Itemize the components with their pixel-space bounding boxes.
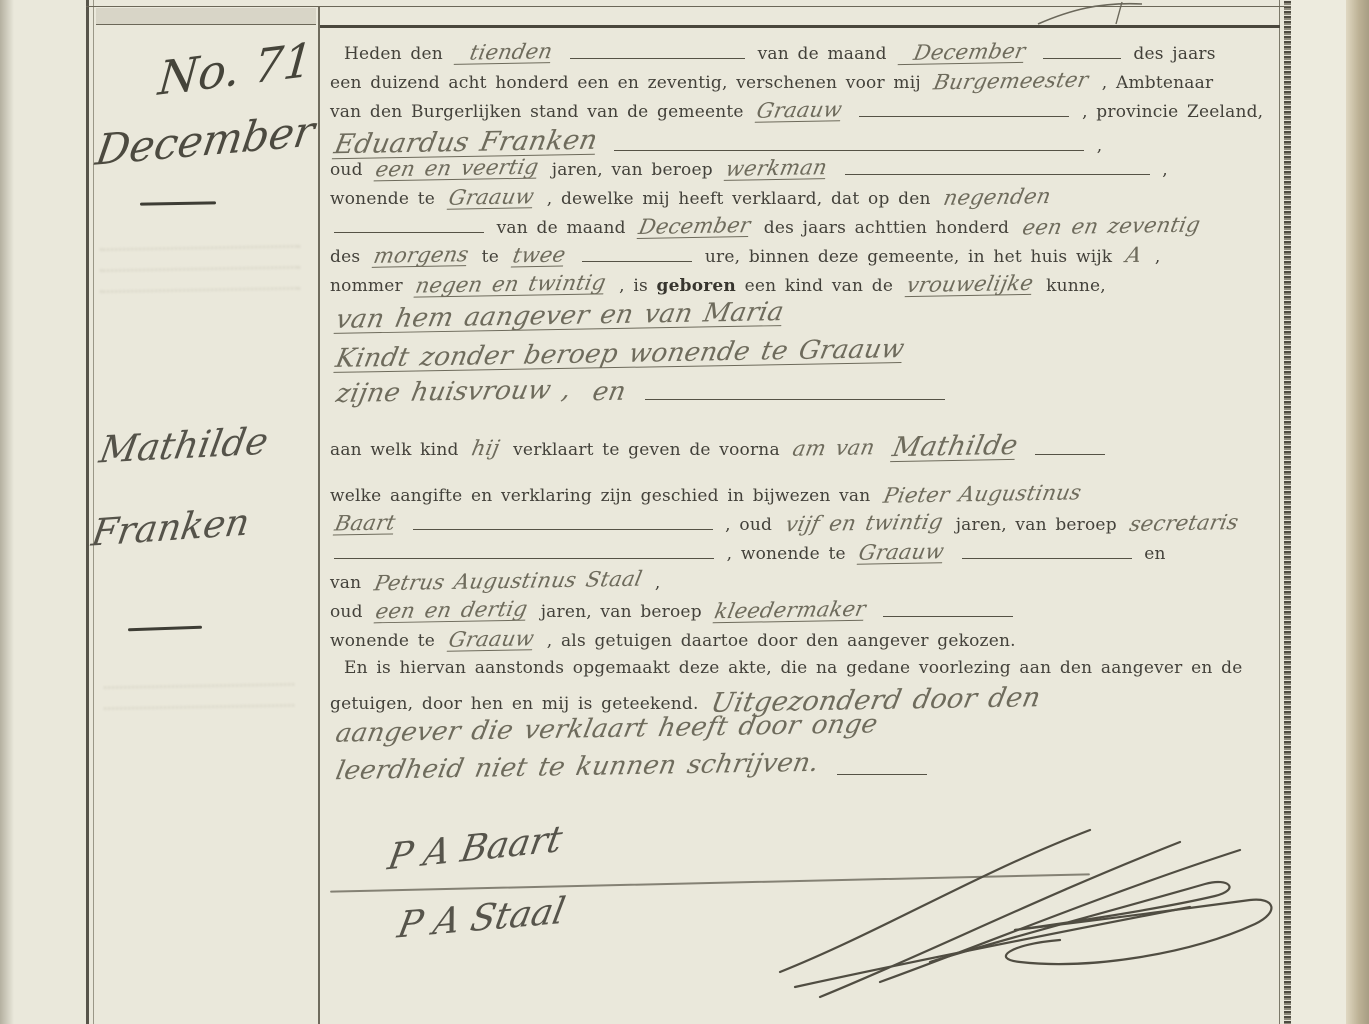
handwritten-text: secretaris [1128, 512, 1240, 535]
act-line: aan welk kind hij verklaart te geven de … [330, 433, 1282, 462]
page-left-edge-shadow [0, 0, 14, 1024]
act-line: van Petrus Augustinus Staal , [330, 571, 1282, 600]
printed-text: nommer [330, 276, 403, 296]
handwritten-text: aangever die verklaart heeft door onge [334, 711, 880, 746]
printed-text: een kind van de [745, 276, 893, 296]
margin-dash [128, 626, 202, 632]
act-line: oud een en dertig jaren, van beroep klee… [330, 600, 1282, 629]
document-page: { "margin": { "act_number": "No. 71", "m… [0, 0, 1369, 1024]
blank-rule [1043, 57, 1121, 59]
handwritten-text: vrouwelijke [904, 273, 1035, 297]
handwritten-text: zijne huisvrouw , [334, 377, 573, 407]
blank-rule [837, 773, 927, 775]
act-line: zijne huisvrouw , en [330, 379, 1282, 417]
printed-text: geboren [657, 276, 736, 296]
handwritten-text: een en dertig [374, 599, 530, 624]
printed-text: jaren, van beroep [541, 602, 702, 622]
handwritten-text: twee [510, 245, 567, 268]
handwritten-text: negenden [942, 186, 1053, 209]
bleed-through-text [104, 676, 294, 718]
printed-text: wonende te [330, 189, 435, 209]
printed-text: , [1097, 136, 1103, 156]
blank-rule [582, 260, 692, 262]
act-number: No. 71 [156, 32, 315, 106]
printed-text: des jaars achttien honderd [764, 218, 1009, 238]
official-signature [760, 812, 1290, 1012]
printed-text: te [482, 247, 499, 267]
printed-text: van den Burgerlijken stand van de gemeen… [330, 102, 744, 122]
printed-text: kunne, [1046, 276, 1106, 296]
blank-rule [845, 173, 1150, 175]
handwritten-text: leerdheid niet te kunnen schrijven. [334, 750, 821, 784]
printed-text: aan welk kind [330, 440, 459, 460]
previous-entry-band [96, 8, 316, 25]
handwritten-text: Graauw [755, 99, 844, 122]
printed-text: welke aangifte en verklaring zijn geschi… [330, 486, 870, 506]
printed-text: , [1162, 160, 1168, 180]
blank-rule [413, 528, 713, 530]
act-line: Heden den tienden van de maand December … [330, 42, 1282, 71]
handwritten-text: December [637, 215, 753, 239]
printed-text: En is hiervan aanstonds opgemaakt deze a… [344, 658, 1242, 678]
margin-month: December [92, 106, 318, 175]
handwritten-text: hij [470, 438, 502, 459]
handwritten-text: vijf en twintig [783, 512, 944, 536]
act-line: Kindt zonder beroep wonende te Graauw [330, 341, 1282, 379]
printed-text: , Ambtenaar [1102, 73, 1214, 93]
blank-rule [334, 231, 484, 233]
handwritten-text: Graauw [446, 628, 535, 651]
margin-dash [140, 201, 216, 205]
left-border-line [86, 0, 89, 1024]
handwritten-text: December [898, 41, 1028, 65]
margin-child-last-name: Franken [89, 500, 253, 555]
printed-text: wonende te [330, 631, 435, 651]
handwritten-text: een en veertig [374, 157, 541, 182]
printed-text: des jaars [1133, 44, 1215, 64]
act-line: wonende te Graauw , dewelke mij heeft ve… [330, 187, 1282, 216]
handwritten-text: een en zeventig [1020, 214, 1201, 238]
handwritten-text: Eduardus Franken [332, 127, 600, 160]
blank-rule [859, 115, 1069, 117]
blank-rule [1035, 453, 1105, 455]
printed-text: , dewelke mij heeft verklaard, dat op de… [547, 189, 931, 209]
printed-text: van de maand [497, 218, 626, 238]
act-line: nommer negen en twintig , is geboren een… [330, 274, 1282, 303]
handwritten-text: am van [791, 437, 877, 459]
witness-signature-baart: P A Baart [385, 818, 566, 878]
printed-text: ure, binnen deze gemeente, in het huis w… [705, 247, 1112, 267]
blank-rule [962, 557, 1132, 559]
printed-text: van de maand [758, 44, 887, 64]
handwritten-text: Burgemeester [932, 70, 1090, 94]
margin-child-first-name: Mathilde [96, 419, 271, 471]
act-line: En is hiervan aanstonds opgemaakt deze a… [330, 658, 1282, 687]
printed-text: , wonende te [727, 544, 846, 564]
margin-column-divider [318, 6, 320, 1024]
handwritten-text: van hem aangever en van Maria [334, 299, 786, 334]
printed-text: verklaart te geven de voorna [513, 440, 780, 460]
printed-text: Heden den [344, 44, 443, 64]
act-line: , wonende te Graauw en [330, 542, 1282, 571]
handwritten-text: Graauw [857, 541, 946, 564]
handwritten-text: en [590, 379, 628, 406]
printed-text: , [655, 573, 661, 593]
blank-rule [645, 398, 945, 400]
handwritten-text: Mathilde [890, 432, 1020, 462]
act-line: van de maand December des jaars achttien… [330, 216, 1282, 245]
witness-signature-staal: P A Staal [394, 890, 568, 946]
printed-text: , provincie Zeeland, [1082, 102, 1263, 122]
printed-text: , oud [725, 515, 772, 535]
act-line: Eduardus Franken , [330, 129, 1282, 158]
page-right-edge [1346, 0, 1369, 1024]
act-line: wonende te Graauw , als getuigen daartoe… [330, 629, 1282, 658]
handwritten-text: A [1124, 245, 1144, 266]
act-line: van den Burgerlijken stand van de gemeen… [330, 100, 1282, 129]
handwritten-text: werkman [724, 157, 829, 181]
act-line: welke aangifte en verklaring zijn geschi… [330, 484, 1282, 513]
printed-text: een duizend acht honderd een en zeventig… [330, 73, 921, 93]
printed-text: oud [330, 602, 363, 622]
printed-text: , [1155, 247, 1161, 267]
printed-text: des [330, 247, 360, 267]
handwritten-text: tienden [454, 41, 555, 65]
bleed-through-text [100, 238, 300, 301]
left-border-line-inner [93, 0, 94, 1024]
act-body: Heden den tienden van de maand December … [330, 42, 1282, 792]
handwritten-text: morgens [372, 244, 471, 268]
handwritten-text: Kindt zonder beroep wonende te Graauw [333, 336, 906, 373]
printed-text: en [1144, 544, 1165, 564]
handwritten-text: Petrus Augustinus Staal [372, 569, 643, 595]
handwritten-text: kleedermaker [713, 599, 868, 624]
printed-text: getuigen, door hen en mij is geteekend. [330, 694, 699, 714]
printed-text: jaren, van beroep [956, 515, 1117, 535]
printed-text: , als getuigen daartoe door den aangever… [547, 631, 1016, 651]
handwritten-text: Pieter Augustinus [882, 482, 1083, 506]
blank-rule [883, 615, 1013, 617]
handwritten-text: Baart [333, 512, 397, 535]
act-line: des morgens te twee ure, binnen deze gem… [330, 245, 1282, 274]
handwritten-text: negen en twintig [414, 272, 608, 297]
blank-rule [570, 57, 745, 59]
act-line: een duizend acht honderd een en zeventig… [330, 71, 1282, 100]
act-line: oud een en veertig jaren, van beroep wer… [330, 158, 1282, 187]
handwritten-text: Graauw [446, 186, 535, 209]
printed-text: jaren, van beroep [552, 160, 713, 180]
printed-text: van [330, 573, 361, 593]
printed-text: oud [330, 160, 363, 180]
act-line: leerdheid niet te kunnen schrijven. [330, 754, 1282, 792]
act-line: Baart , oud vijf en twintig jaren, van b… [330, 513, 1282, 542]
previous-signature-tail [1030, 0, 1150, 26]
blank-rule [334, 557, 714, 559]
printed-text: , is [619, 276, 648, 296]
blank-rule [614, 149, 1084, 151]
